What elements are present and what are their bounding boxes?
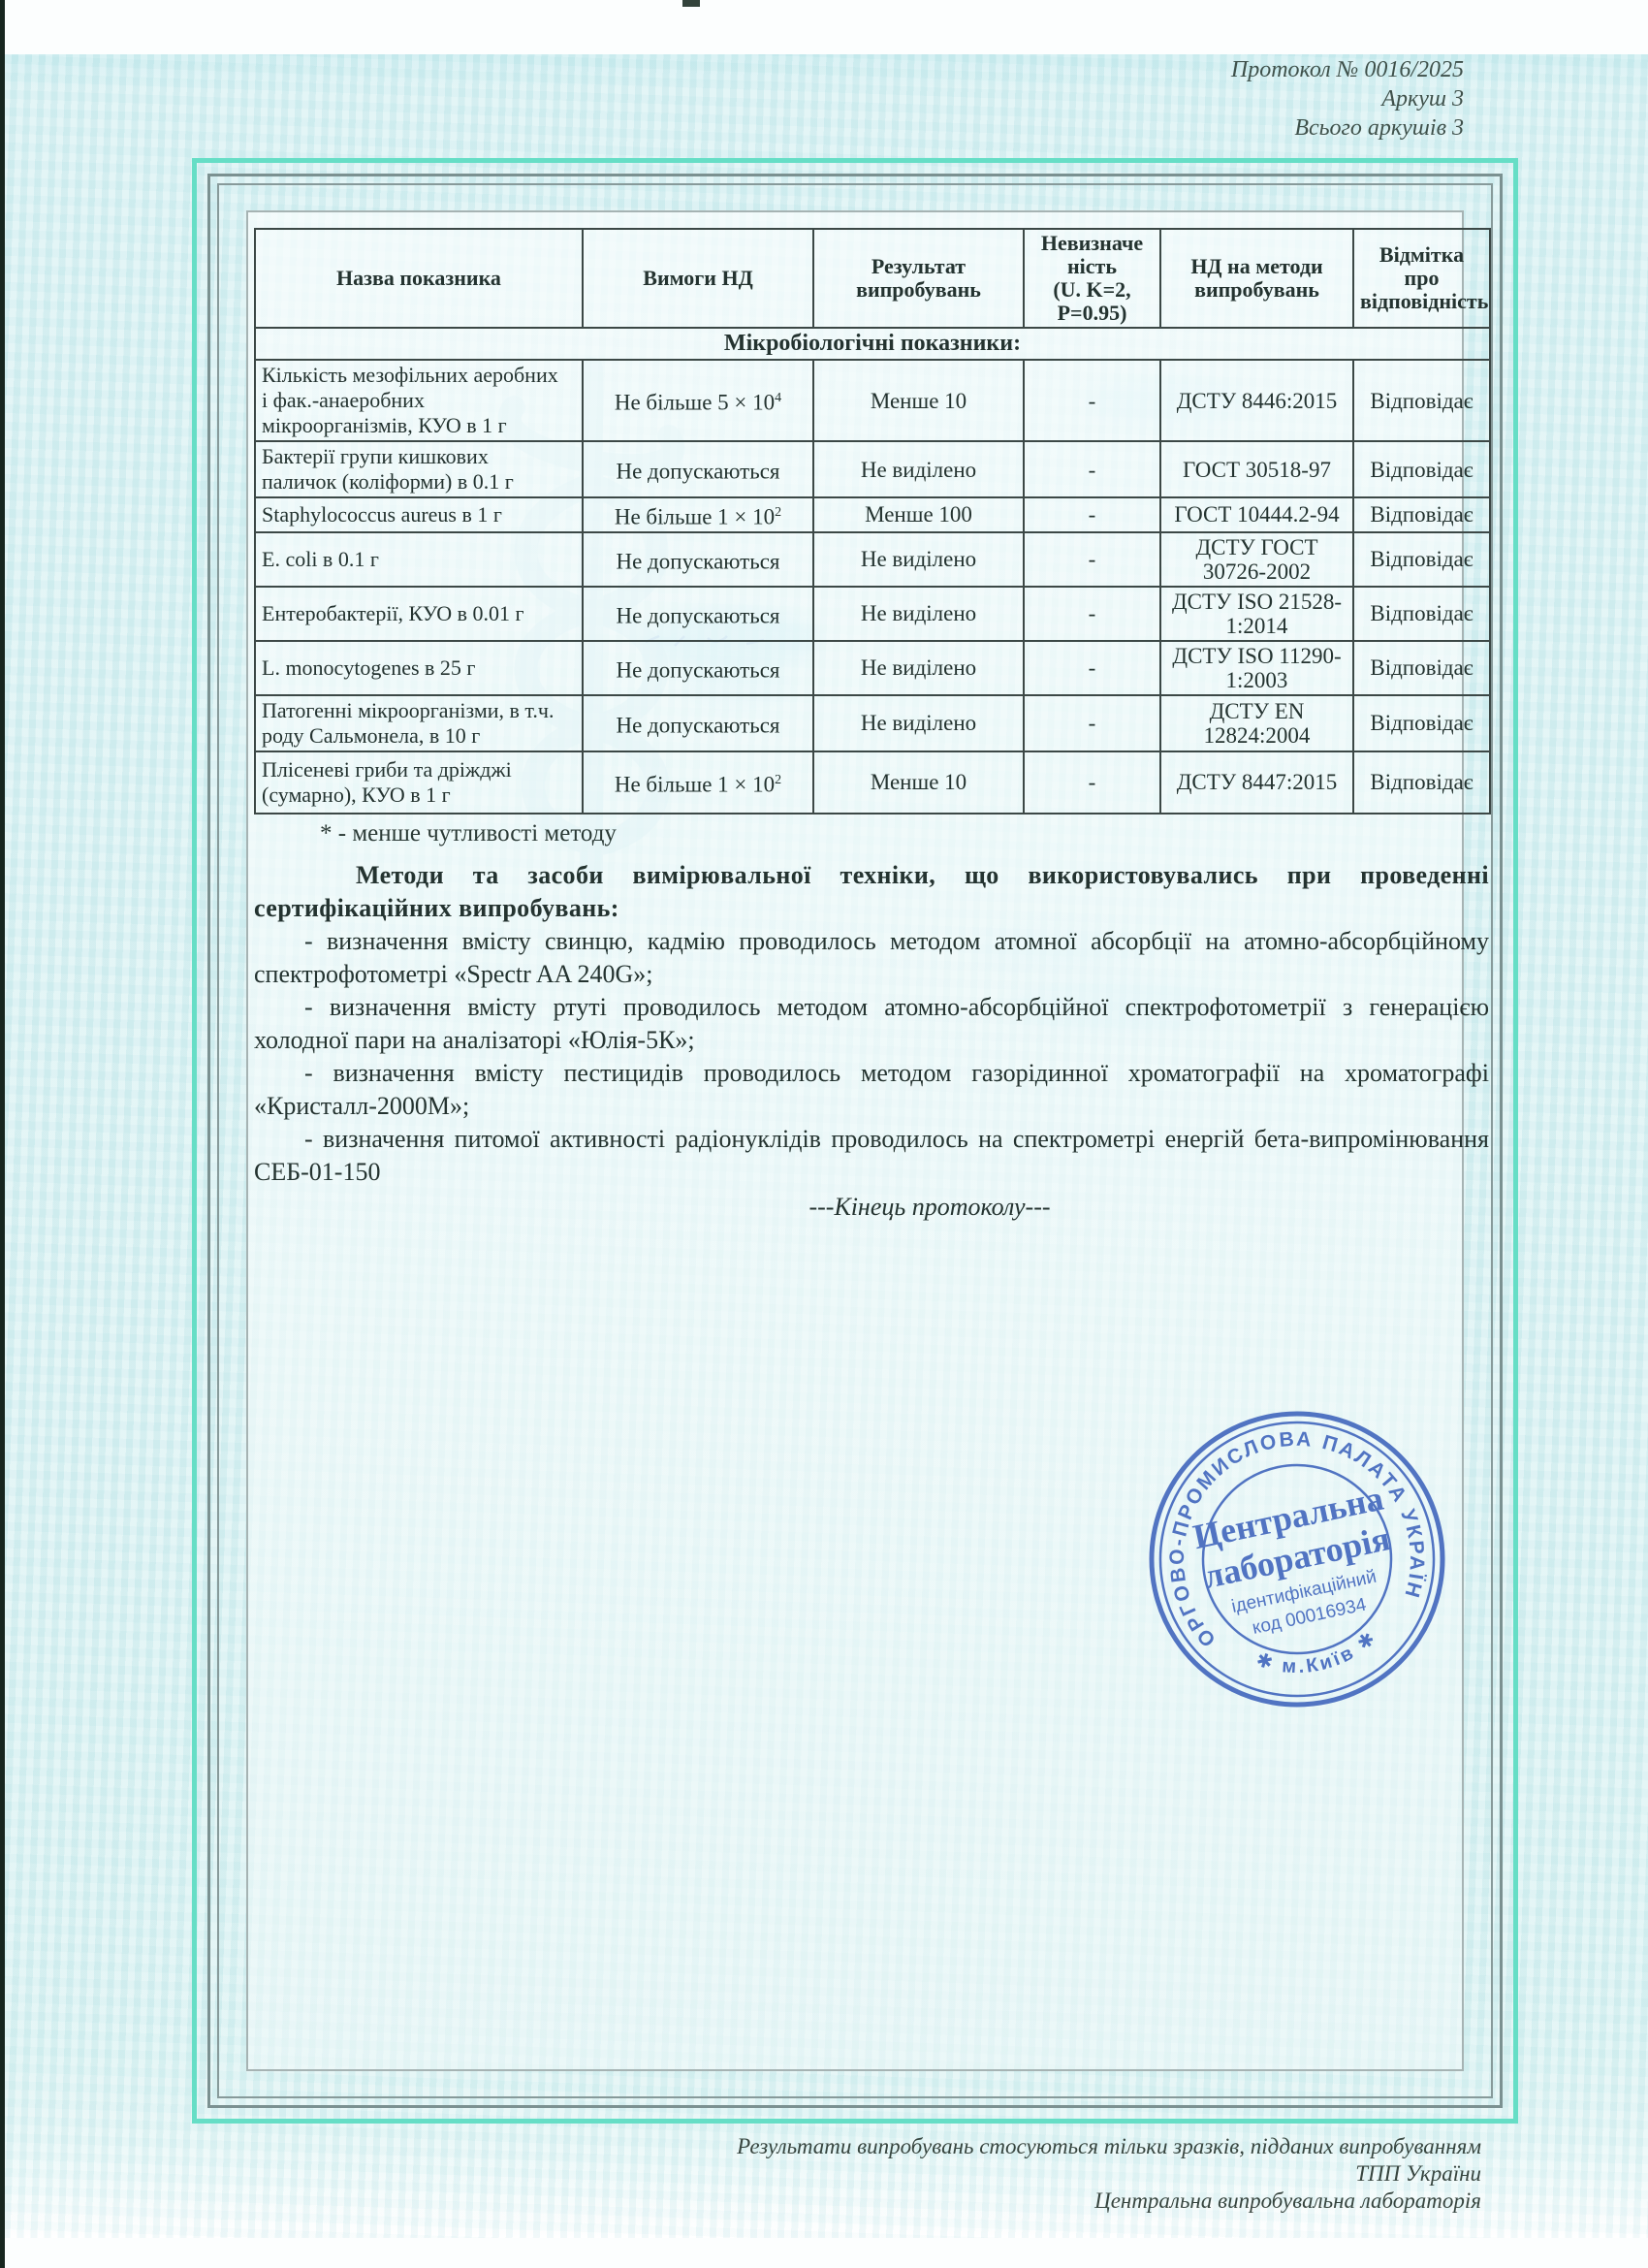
result-cell: Не виділено [813,695,1024,751]
col-header-requirements: Вимоги НД [583,229,813,328]
table-row: Бактерії групи кишкових паличок (коліфор… [255,441,1490,497]
footer-disclaimer: Результати випробувань стосуються тільки… [737,2133,1481,2160]
indicator-name-cell: Кількість мезофільних аеробних і фак.-ан… [255,360,583,441]
col-header-method-standard: НД на методи випробувань [1160,229,1353,328]
col-header-indicator: Назва показника [255,229,583,328]
indicator-name-cell: Staphylococcus aureus в 1 г [255,497,583,532]
table-row: Ентеробактерії, КУО в 0.01 г Не допускаю… [255,587,1490,641]
footer-organization: ТПП України [737,2160,1481,2188]
footer-laboratory: Центральна випробувальна лабораторія [737,2188,1481,2215]
table-row: Плісеневі гриби та дріжджі (сумарно), КУ… [255,751,1490,814]
conformity-cell: Відповідає [1353,532,1490,587]
method-standard-cell: ДСТУ ISO 11290- 1:2003 [1160,641,1353,695]
scanned-protocol-page: Протокол № 0016/2025 Аркуш 3 Всього арку… [0,0,1648,2268]
table-row: Staphylococcus aureus в 1 г Не більше 1 … [255,497,1490,532]
requirement-cell: Не більше 1 × 102 [583,751,813,814]
col-header-result: Результат випробувань [813,229,1024,328]
method-standard-cell: ДСТУ EN 12824:2004 [1160,695,1353,751]
uncertainty-cell: - [1024,641,1160,695]
requirement-cell: Не допускаються [583,641,813,695]
method-item: - визначення вмісту пестицидів проводило… [254,1057,1489,1123]
conformity-cell: Відповідає [1353,587,1490,641]
section-title: Мікробіологічні показники: [255,328,1490,360]
method-standard-cell: ДСТУ 8447:2015 [1160,751,1353,814]
section-header-row: Мікробіологічні показники: [255,328,1490,360]
scan-edge-artifact [0,0,5,2268]
result-cell: Менше 10 [813,360,1024,441]
method-item: - визначення питомої активності радіонук… [254,1123,1489,1189]
end-of-protocol-line: ---Кінець протоколу--- [254,1191,1489,1224]
requirement-cell: Не допускаються [583,695,813,751]
conformity-cell: Відповідає [1353,360,1490,441]
table-row: E. coli в 0.1 г Не допускаються Не виділ… [255,532,1490,587]
result-cell: Менше 100 [813,497,1024,532]
methods-section: Методи та засоби вимірювальної техніки, … [254,859,1489,1224]
table-row: Патогенні мікроорганізми, в т.ч. роду Са… [255,695,1490,751]
col-header-uncertainty: Невизначе ність (U. K=2, P=0.95) [1024,229,1160,328]
conformity-cell: Відповідає [1353,497,1490,532]
method-standard-cell: ДСТУ ГОСТ 30726-2002 [1160,532,1353,587]
col-header-conformity: Відмітка про відповідність [1353,229,1490,328]
conformity-cell: Відповідає [1353,641,1490,695]
method-item: - визначення вмісту свинцю, кадмію прово… [254,925,1489,991]
uncertainty-cell: - [1024,441,1160,497]
requirement-cell: Не допускаються [583,441,813,497]
method-standard-cell: ГОСТ 10444.2-94 [1160,497,1353,532]
indicator-name-cell: Патогенні мікроорганізми, в т.ч. роду Са… [255,695,583,751]
uncertainty-cell: - [1024,751,1160,814]
conformity-cell: Відповідає [1353,441,1490,497]
total-sheets: Всього аркушів 3 [1231,113,1464,143]
indicator-name-cell: Ентеробактерії, КУО в 0.01 г [255,587,583,641]
uncertainty-cell: - [1024,532,1160,587]
result-cell: Не виділено [813,587,1024,641]
methods-heading: Методи та засоби вимірювальної техніки, … [254,859,1489,925]
result-cell: Не виділено [813,532,1024,587]
scan-dash-artifact [682,0,700,7]
table-row: L. monocytogenes в 25 г Не допускаються … [255,641,1490,695]
requirement-cell: Не допускаються [583,587,813,641]
indicator-name-cell: Бактерії групи кишкових паличок (коліфор… [255,441,583,497]
uncertainty-cell: - [1024,360,1160,441]
indicator-name-cell: E. coli в 0.1 г [255,532,583,587]
conformity-cell: Відповідає [1353,695,1490,751]
table-header-row: Назва показника Вимоги НД Результат випр… [255,229,1490,328]
uncertainty-cell: - [1024,587,1160,641]
document-footer: Результати випробувань стосуються тільки… [737,2133,1481,2215]
result-cell: Менше 10 [813,751,1024,814]
conformity-cell: Відповідає [1353,751,1490,814]
uncertainty-cell: - [1024,695,1160,751]
requirement-cell: Не допускаються [583,532,813,587]
requirement-cell: Не більше 1 × 102 [583,497,813,532]
uncertainty-cell: - [1024,497,1160,532]
requirement-cell: Не більше 5 × 104 [583,360,813,441]
method-sensitivity-footnote: * - менше чутливості методу [320,820,617,847]
method-standard-cell: ДСТУ ISO 21528- 1:2014 [1160,587,1353,641]
method-standard-cell: ДСТУ 8446:2015 [1160,360,1353,441]
results-table: Назва показника Вимоги НД Результат випр… [254,228,1491,815]
laboratory-stamp: ТОРГОВО-ПРОМИСЛОВА ПАЛАТА УКРАЇНИ ✱ м.Ки… [1113,1375,1481,1743]
protocol-number: Протокол № 0016/2025 [1231,55,1464,84]
method-item: - визначення вмісту ртуті проводилось ме… [254,991,1489,1057]
document-header: Протокол № 0016/2025 Аркуш 3 Всього арку… [1231,55,1464,143]
result-cell: Не виділено [813,441,1024,497]
result-cell: Не виділено [813,641,1024,695]
indicator-name-cell: Плісеневі гриби та дріжджі (сумарно), КУ… [255,751,583,814]
table-row: Кількість мезофільних аеробних і фак.-ан… [255,360,1490,441]
method-standard-cell: ГОСТ 30518-97 [1160,441,1353,497]
sheet-number: Аркуш 3 [1231,84,1464,113]
indicator-name-cell: L. monocytogenes в 25 г [255,641,583,695]
